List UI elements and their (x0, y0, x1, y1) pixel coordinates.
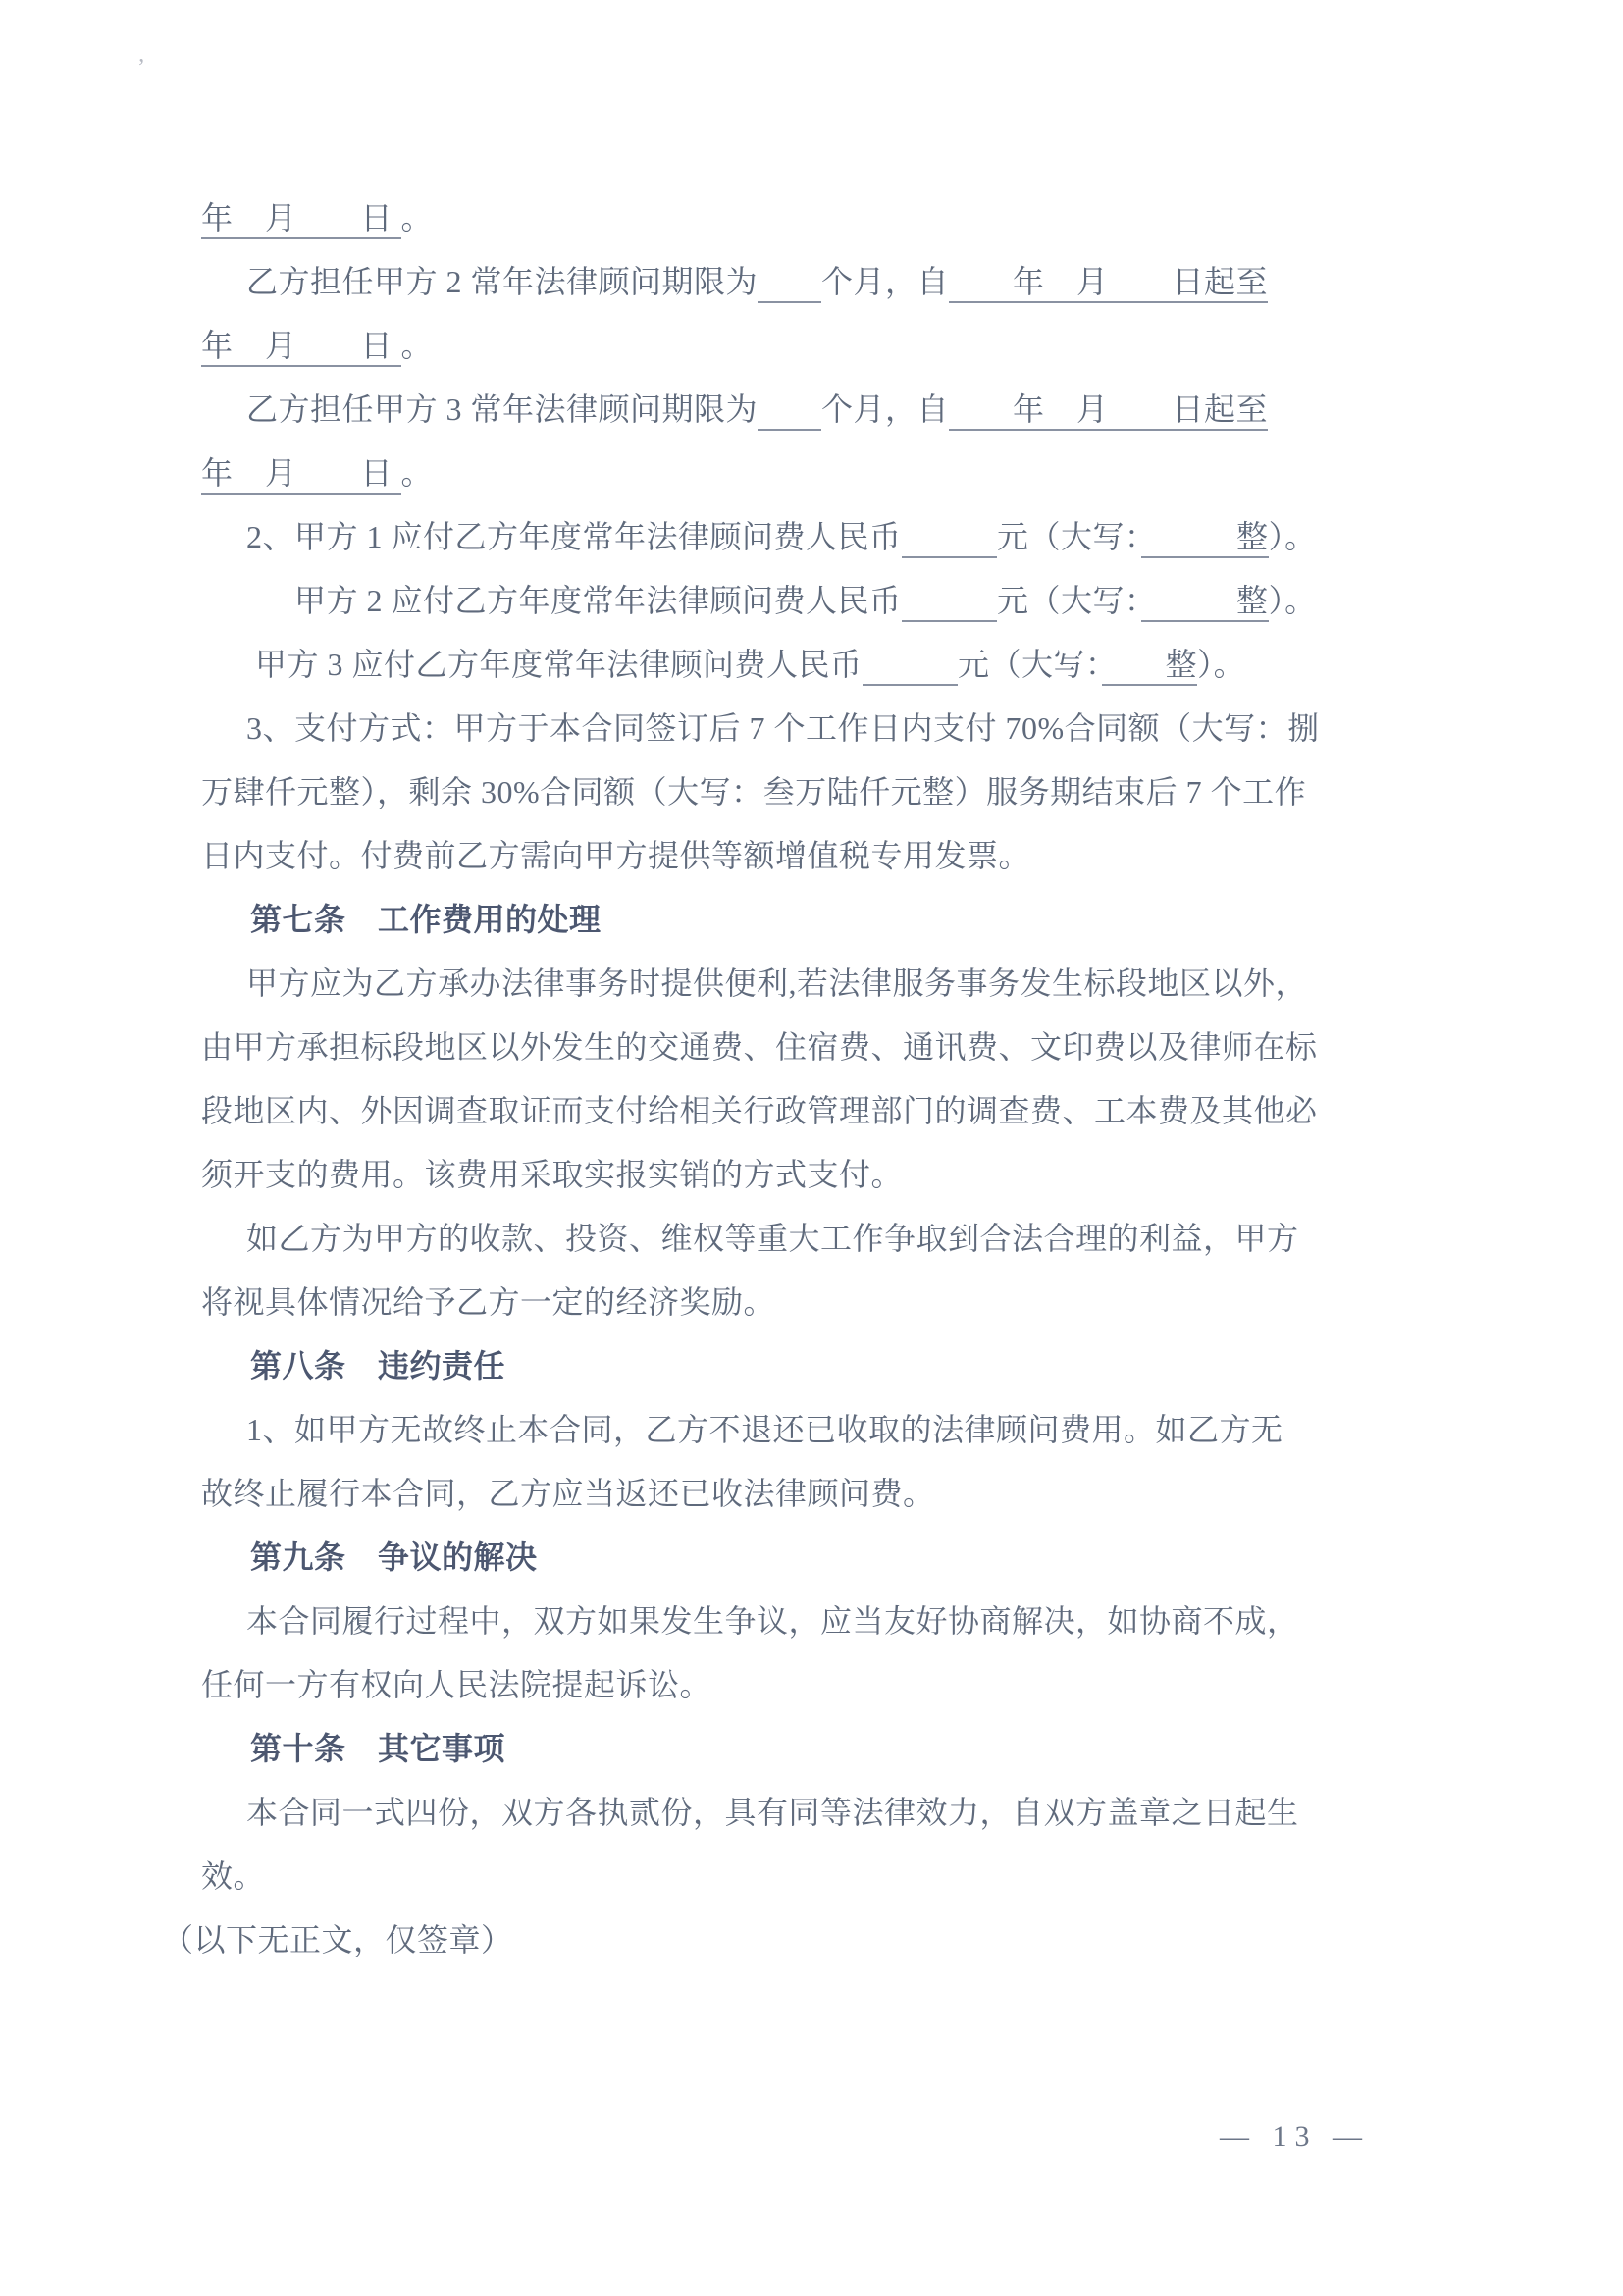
fill-in-blank (758, 391, 821, 431)
text-line: 甲方 3 应付乙方年度常年法律顾问费人民币 元（大写： 整）。 (255, 633, 1379, 697)
scan-artifact-mark: ’ (137, 55, 145, 81)
fill-in-blank: 年 月 日 (201, 200, 401, 239)
text-segment: 个月，自 (821, 264, 949, 299)
text-segment: 须开支的费用。该费用采取实报实销的方式支付。 (201, 1157, 903, 1192)
text-segment: 甲方应为乙方承办法律事务时提供便利,若法律服务事务发生标段地区以外， (246, 965, 1307, 1001)
article-heading: 第十条 其它事项 (250, 1717, 1379, 1781)
fill-in-blank: 整 (1141, 519, 1269, 558)
text-line: 日内支付。付费前乙方需向甲方提供等额增值税专用发票。 (201, 824, 1379, 888)
text-segment: 元（大写： (997, 519, 1141, 554)
fill-in-blank: 年 月 日 (201, 455, 401, 495)
text-line: 甲方 2 应付乙方年度常年法律顾问费人民币 元（大写： 整）。 (294, 569, 1379, 633)
fill-in-blank (902, 519, 998, 558)
text-line: 本合同一式四份，双方各执贰份，具有同等法律效力，自双方盖章之日起生 (246, 1781, 1379, 1845)
text-segment: 第八条 违约责任 (250, 1348, 505, 1383)
text-segment: 任何一方有权向人民法院提起诉讼。 (201, 1667, 711, 1702)
text-line: 效。 (201, 1845, 1379, 1908)
fill-in-blank (863, 647, 959, 686)
text-line: 2、甲方 1 应付乙方年度常年法律顾问费人民币 元（大写： 整）。 (246, 505, 1379, 569)
text-line: 1、如甲方无故终止本合同，乙方不退还已收取的法律顾问费用。如乙方无 (246, 1398, 1379, 1462)
text-segment: ）。 (1197, 647, 1245, 682)
text-segment: 乙方担任甲方 2 常年法律顾问期限为 (246, 264, 758, 299)
text-segment: 由甲方承担标段地区以外发生的交通费、住宿费、通讯费、文印费以及律师在标 (201, 1029, 1318, 1065)
text-line: 甲方应为乙方承办法律事务时提供便利,若法律服务事务发生标段地区以外， (246, 952, 1379, 1016)
text-line: （以下无正文，仅签章） (162, 1908, 1379, 1972)
text-segment: 。 (401, 455, 434, 491)
text-segment: 元（大写： (997, 583, 1141, 618)
text-line: 年 月 日 。 (201, 442, 1379, 505)
article-heading: 第八条 违约责任 (250, 1334, 1379, 1398)
text-line: 须开支的费用。该费用采取实报实销的方式支付。 (201, 1143, 1379, 1207)
text-segment: （以下无正文，仅签章） (162, 1922, 513, 1957)
text-segment: 将视具体情况给予乙方一定的经济奖励。 (201, 1284, 775, 1320)
text-line: 3、支付方式：甲方于本合同签订后 7 个工作日内支付 70%合同额（大写：捌 (246, 697, 1379, 760)
text-line: 将视具体情况给予乙方一定的经济奖励。 (201, 1271, 1379, 1334)
text-segment: 甲方 2 应付乙方年度常年法律顾问费人民币 (294, 583, 902, 618)
article-heading: 第七条 工作费用的处理 (250, 888, 1379, 952)
text-line: 乙方担任甲方 2 常年法律顾问期限为 个月，自 年 月 日起至 (246, 250, 1379, 314)
text-segment: 如乙方为甲方的收款、投资、维权等重大工作争取到合法合理的利益，甲方 (246, 1221, 1299, 1256)
text-segment: 2、甲方 1 应付乙方年度常年法律顾问费人民币 (246, 519, 902, 554)
text-line: 任何一方有权向人民法院提起诉讼。 (201, 1653, 1379, 1717)
fill-in-blank: 年 月 日起至 (949, 391, 1268, 431)
text-segment: 1、如甲方无故终止本合同，乙方不退还已收取的法律顾问费用。如乙方无 (246, 1412, 1283, 1447)
text-segment: 。 (401, 328, 434, 363)
fill-in-blank: 年 月 日起至 (949, 264, 1268, 303)
text-segment: ）。 (1269, 519, 1317, 554)
text-segment: 甲方 3 应付乙方年度常年法律顾问费人民币 (255, 647, 863, 682)
text-segment: 本合同履行过程中，双方如果发生争议，应当友好协商解决，如协商不成， (246, 1603, 1299, 1639)
text-line: 如乙方为甲方的收款、投资、维权等重大工作争取到合法合理的利益，甲方 (246, 1207, 1379, 1271)
contract-body: 年 月 日 。乙方担任甲方 2 常年法律顾问期限为 个月，自 年 月 日起至年 … (201, 186, 1379, 1972)
text-segment: 乙方担任甲方 3 常年法律顾问期限为 (246, 391, 758, 427)
text-segment: 万肆仟元整），剩余 30%合同额（大写：叁万陆仟元整）服务期结束后 7 个工作 (201, 774, 1306, 809)
text-line: 年 月 日 。 (201, 314, 1379, 378)
text-segment: 元（大写： (958, 647, 1102, 682)
fill-in-blank: 整 (1141, 583, 1269, 622)
fill-in-blank (902, 583, 998, 622)
contract-page: ’ 年 月 日 。乙方担任甲方 2 常年法律顾问期限为 个月，自 年 月 日起至… (0, 0, 1623, 2296)
text-line: 段地区内、外因调查取证而支付给相关行政管理部门的调查费、工本费及其他必 (201, 1079, 1379, 1143)
text-line: 故终止履行本合同，乙方应当返还已收法律顾问费。 (201, 1462, 1379, 1526)
fill-in-blank: 整 (1102, 647, 1198, 686)
text-segment: 日内支付。付费前乙方需向甲方提供等额增值税专用发票。 (201, 838, 1030, 873)
text-segment: 第九条 争议的解决 (250, 1539, 538, 1575)
text-segment: 。 (401, 200, 434, 235)
text-segment: 段地区内、外因调查取证而支付给相关行政管理部门的调查费、工本费及其他必 (201, 1093, 1318, 1128)
text-segment: 第十条 其它事项 (250, 1731, 505, 1766)
text-segment: 第七条 工作费用的处理 (250, 902, 602, 937)
text-segment: 本合同一式四份，双方各执贰份，具有同等法律效力，自双方盖章之日起生 (246, 1795, 1299, 1830)
text-segment: 故终止履行本合同，乙方应当返还已收法律顾问费。 (201, 1476, 935, 1511)
article-heading: 第九条 争议的解决 (250, 1526, 1379, 1590)
text-line: 万肆仟元整），剩余 30%合同额（大写：叁万陆仟元整）服务期结束后 7 个工作 (201, 760, 1379, 824)
text-line: 本合同履行过程中，双方如果发生争议，应当友好协商解决，如协商不成， (246, 1590, 1379, 1653)
text-segment: 3、支付方式：甲方于本合同签订后 7 个工作日内支付 70%合同额（大写：捌 (246, 710, 1320, 746)
fill-in-blank (758, 264, 821, 303)
text-line: 年 月 日 。 (201, 186, 1379, 250)
fill-in-blank: 年 月 日 (201, 328, 401, 367)
text-line: 由甲方承担标段地区以外发生的交通费、住宿费、通讯费、文印费以及律师在标 (201, 1016, 1379, 1079)
text-segment: 个月，自 (821, 391, 949, 427)
text-segment: ）。 (1269, 583, 1317, 618)
text-segment: 效。 (201, 1858, 265, 1894)
text-line: 乙方担任甲方 3 常年法律顾问期限为 个月，自 年 月 日起至 (246, 378, 1379, 442)
page-number: — 13 — (1220, 2117, 1370, 2157)
